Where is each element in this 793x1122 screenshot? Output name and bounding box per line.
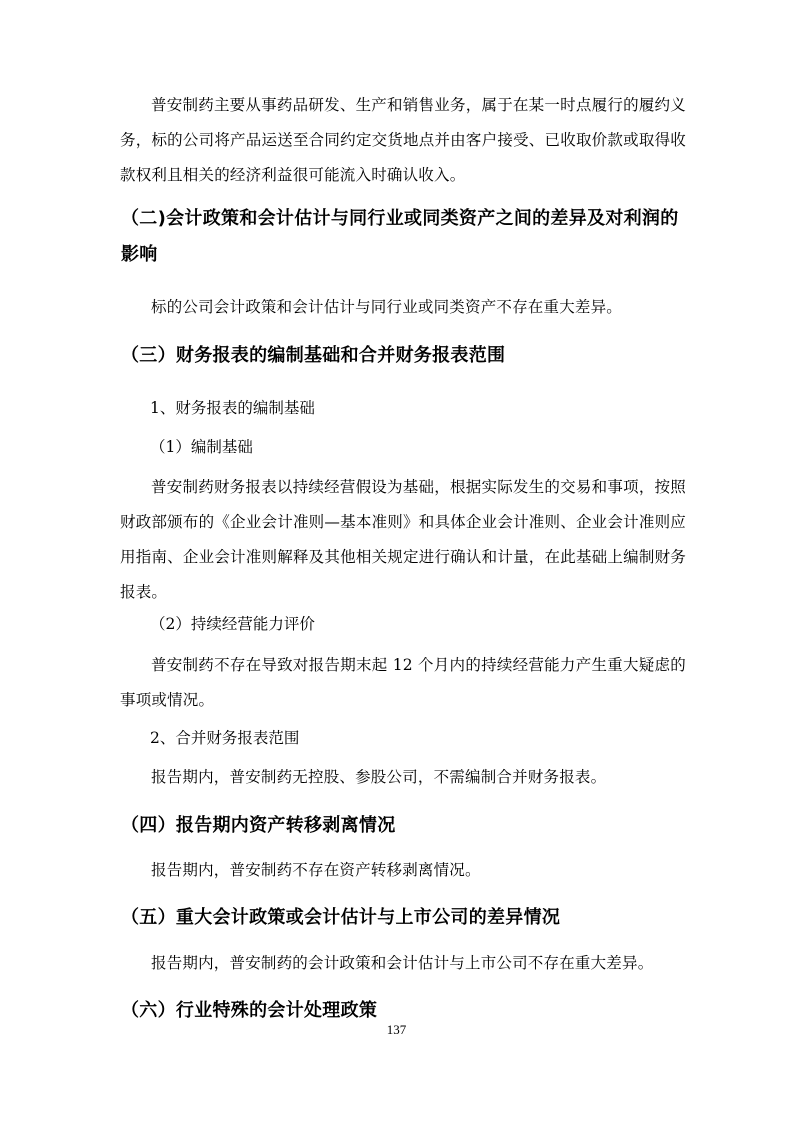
subheading-basis: 1、财务报表的编制基础 (150, 396, 315, 420)
subheading-going-concern: （2）持续经营能力评价 (150, 612, 315, 636)
subheading-preparation-basis: （1）编制基础 (150, 435, 253, 459)
document-page: 普安制药主要从事药品研发、生产和销售业务，属于在某一时点履行的履约义务，标的公司… (0, 0, 793, 1122)
paragraph-going-concern: 普安制药不存在导致对报告期末起 12 个月内的持续经营能力产生重大疑虑的事项或情… (120, 648, 686, 718)
heading-section-3: （三）财务报表的编制基础和合并财务报表范围 (121, 338, 691, 374)
page-number: 137 (0, 1022, 793, 1038)
heading-section-5: （五）重大会计政策或会计估计与上市公司的差异情况 (121, 900, 691, 936)
paragraph-preparation-basis: 普安制药财务报表以持续经营假设为基础，根据实际发生的交易和事项，按照财政部颁布的… (120, 470, 686, 610)
paragraph-listed-company-difference: 报告期内，普安制药的会计政策和会计估计与上市公司不存在重大差异。 (120, 946, 686, 981)
paragraph-consolidation-scope: 报告期内，普安制药无控股、参股公司，不需编制合并财务报表。 (120, 760, 686, 795)
subheading-consolidation-scope: 2、合并财务报表范围 (150, 726, 299, 750)
heading-section-2: （二)会计政策和会计估计与同行业或同类资产之间的差异及对利润的影响 (121, 201, 691, 273)
heading-section-4: （四）报告期内资产转移剥离情况 (121, 808, 691, 844)
paragraph-policy-difference: 标的公司会计政策和会计估计与同行业或同类资产不存在重大差异。 (120, 290, 686, 325)
paragraph-asset-transfer: 报告期内，普安制药不存在资产转移剥离情况。 (120, 853, 686, 888)
paragraph-revenue-recognition: 普安制药主要从事药品研发、生产和销售业务，属于在某一时点履行的履约义务，标的公司… (120, 88, 686, 193)
